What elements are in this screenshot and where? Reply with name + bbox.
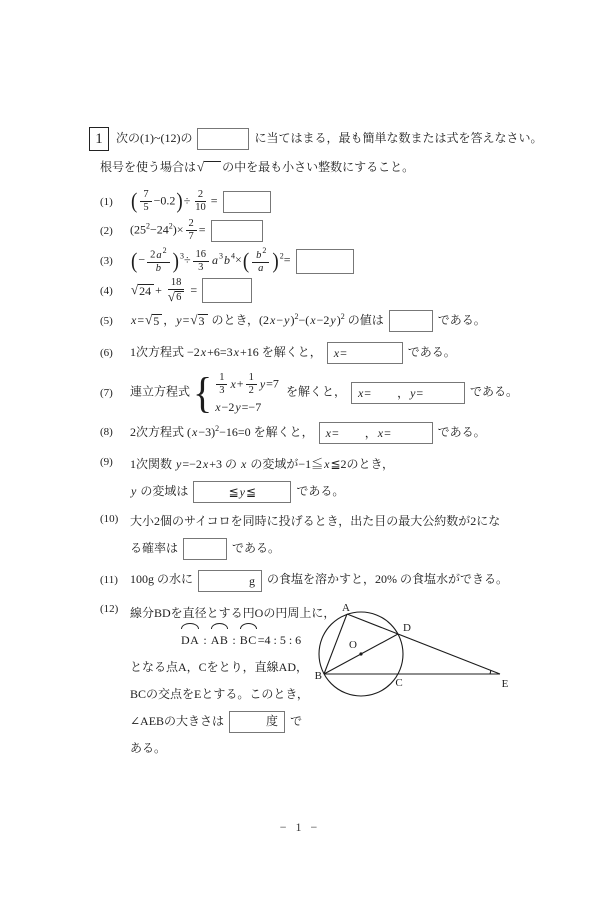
problem-4: (4) √24+18√6= (100, 277, 524, 305)
math-expression: y の変域は≦ y ≦である。 (130, 480, 524, 503)
fraction: 27 (186, 218, 197, 243)
problem-label: (11) (100, 574, 130, 586)
problem-label: (9) (100, 453, 130, 468)
problem-label: (4) (100, 285, 130, 297)
radical-sign: √ (168, 290, 175, 305)
angle-mark-E (490, 670, 491, 674)
fraction: 210 (192, 189, 209, 214)
fraction: 12 (246, 372, 257, 397)
arc-notation: BC (240, 627, 257, 654)
label-D: D (403, 622, 411, 634)
segment-BA (324, 614, 347, 674)
problem-9: (9) 1次関数 y=−2x+3 の x の変域が−1≦x≦2のとき， y の変… (100, 453, 524, 503)
radical-sign: √ (190, 313, 197, 328)
problem-12: (12) 線分BDを直径とする円Oの円周上に， DA : AB : BC=4 :… (100, 600, 524, 762)
radical: √5 (145, 313, 162, 329)
fraction: 75 (140, 189, 151, 214)
math-variable: y (175, 313, 182, 327)
label-E: E (502, 678, 509, 690)
section-number-box: 1 (89, 127, 109, 151)
answer-box: g (198, 570, 262, 592)
problem-label: (2) (100, 225, 130, 237)
math-variable: y (239, 481, 246, 503)
problem-label: (12) (100, 600, 130, 615)
segment-AE (347, 614, 500, 674)
math-variable: a (257, 263, 264, 274)
problem-11: (11) 100g の水にgの食塩を溶かすと，20% の食塩水ができる。 (100, 568, 524, 591)
math-expression: 2次方程式 (x−3)2−16=0 を解くと，x=，x=である。 (130, 421, 524, 444)
page-number: − 1 − (0, 820, 600, 835)
math-variable: x (233, 345, 240, 359)
math-variable: x (200, 345, 207, 359)
problem-6: (6) 1次方程式 −2x+6=3x+16 を解くと，x=である。 (100, 341, 524, 364)
answer-box: 度 (229, 711, 285, 733)
math-expression: となる点A，Cをとり，直線AD， (130, 654, 342, 681)
equation-stack: 13x+12y=7x−2y=−7 (214, 372, 279, 413)
math-variable: b (223, 253, 231, 267)
exam-page: 1 次の(1)~(12)のに当てはまる，最も簡単な数または式を答えなさい。 根号… (0, 0, 600, 900)
arc-notation: DA (181, 627, 199, 654)
radical-sign: √ (197, 160, 204, 175)
problem-label: (5) (100, 315, 130, 327)
radical: √ (197, 160, 221, 176)
arc-notation: AB (211, 627, 229, 654)
radical: √24 (131, 283, 154, 299)
math-variable: x (377, 422, 384, 444)
problem-label: (8) (100, 426, 130, 438)
label-C: C (395, 677, 402, 689)
math-variable: y (409, 382, 416, 404)
answer-box: ≦ y ≦ (193, 481, 291, 503)
math-expression: (252−242)×27= (130, 218, 524, 243)
math-expression: 大小2個のサイコロを同時に投げるとき，出た目の最大公約数が2にな (130, 510, 524, 532)
math-expression: ∠AEBの大きさは度で (130, 708, 342, 735)
math-expression: 1次方程式 −2x+6=3x+16 を解くと，x=である。 (130, 341, 524, 364)
problem-10: (10) 大小2個のサイコロを同時に投げるとき，出た目の最大公約数が2にな る確… (100, 510, 524, 560)
problem-label: (6) (100, 347, 130, 359)
math-variable: x (325, 422, 332, 444)
instructions-line-2: 根号を使う場合は√の中を最も小さい整数にすること。 (100, 156, 414, 178)
big-paren: ) (272, 250, 278, 272)
math-expression: 連立方程式 {13x+12y=7x−2y=−7 を解くと，x=，y=である。 (130, 372, 524, 413)
answer-box: x= (327, 342, 403, 364)
radical-sign: √ (131, 283, 138, 298)
answer-box (183, 538, 227, 560)
problem-list: (1) (75−0.2)÷210= (2) (252−242)×27= (3) … (100, 189, 524, 762)
fraction: 2a2b (147, 247, 170, 275)
answer-box (197, 128, 249, 150)
big-paren: ( (243, 250, 249, 272)
big-paren: ) (176, 191, 182, 213)
label-O: O (349, 639, 357, 651)
radical: √3 (190, 313, 207, 329)
answer-box: x=，x= (319, 422, 433, 444)
fraction: 18√6 (164, 277, 188, 305)
problem-label: (1) (100, 196, 130, 208)
math-expression: ある。 (130, 735, 342, 762)
big-paren: ) (173, 250, 179, 272)
math-variable: x (357, 382, 364, 404)
math-variable: a (211, 253, 219, 267)
math-variable: b (155, 263, 162, 274)
fraction: b2a (252, 247, 269, 275)
problem-12-text: 線分BDを直径とする円Oの円周上に， DA : AB : BC=4 : 5 : … (130, 600, 342, 762)
problem-label: (7) (100, 387, 130, 399)
math-expression: x=√5，y=√3 のとき，(2x−y)2−(x−2y)2 の値はである。 (130, 309, 524, 332)
fraction: 13 (216, 372, 227, 397)
label-A: A (342, 602, 350, 614)
math-variable: y (234, 400, 241, 414)
answer-box (389, 310, 433, 332)
answer-box (296, 249, 354, 274)
answer-box: x=，y= (351, 382, 465, 404)
section-number: 1 (95, 131, 103, 148)
center-dot (359, 652, 362, 655)
problem-2: (2) (252−242)×27= (100, 218, 524, 243)
math-expression: 100g の水にgの食塩を溶かすと，20% の食塩水ができる。 (130, 568, 524, 591)
system-brace: { (193, 371, 212, 414)
math-variable: x (333, 342, 340, 364)
math-variable: a (155, 250, 162, 261)
math-expression: る確率はである。 (130, 537, 524, 560)
math-expression: (−2a2b)3÷163a3b4×(b2a)2= (130, 247, 524, 275)
math-expression: 1次関数 y=−2x+3 の x の変域が−1≦x≦2のとき， (130, 453, 524, 475)
math-variable: x (309, 313, 316, 327)
math-expression: √24+18√6= (130, 277, 524, 305)
radical-sign: √ (145, 313, 152, 328)
problem-label: (3) (100, 255, 130, 267)
answer-box (211, 220, 263, 242)
label-B: B (315, 670, 322, 682)
math-expression: BCの交点をEとする。このとき， (130, 681, 342, 708)
big-paren: ( (131, 250, 137, 272)
answer-box (223, 191, 271, 213)
math-expression: 線分BDを直径とする円Oの円周上に， (130, 600, 342, 627)
problem-label: (10) (100, 510, 130, 525)
circle-diagram: A B C D E O (312, 600, 520, 726)
instructions-line-1: 次の(1)~(12)のに当てはまる，最も簡単な数または式を答えなさい。 (116, 127, 543, 150)
math-expression: (75−0.2)÷210= (130, 189, 524, 214)
math-variable: x (214, 400, 221, 414)
problem-7: (7) 連立方程式 {13x+12y=7x−2y=−7 を解くと，x=，y=であ… (100, 372, 524, 413)
radical: √6 (168, 290, 184, 305)
big-paren: ( (131, 191, 137, 213)
fraction: 163 (193, 249, 210, 274)
math-variable: x (229, 377, 236, 391)
math-variable: y (329, 313, 336, 327)
problem-1: (1) (75−0.2)÷210= (100, 189, 524, 214)
problem-3: (3) (−2a2b)3÷163a3b4×(b2a)2= (100, 247, 524, 275)
problem-8: (8) 2次方程式 (x−3)2−16=0 を解くと，x=，x=である。 (100, 421, 524, 444)
answer-box (202, 278, 252, 303)
problem-5: (5) x=√5，y=√3 のとき，(2x−y)2−(x−2y)2 の値はである… (100, 309, 524, 332)
